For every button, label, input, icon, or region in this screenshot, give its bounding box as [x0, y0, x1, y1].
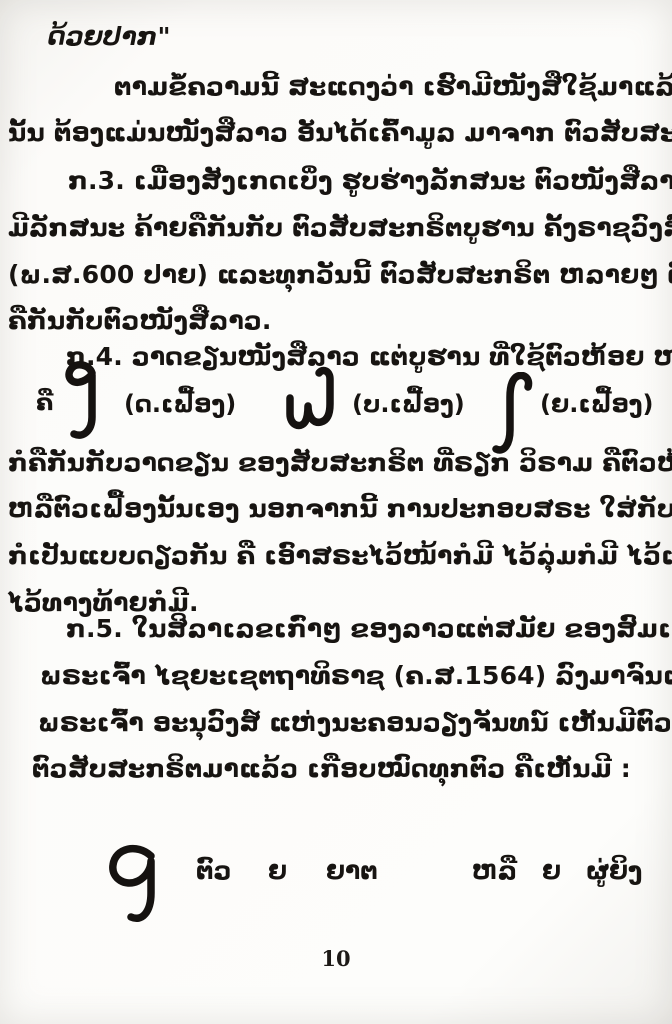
nyo-fueang-glyph	[492, 372, 536, 460]
sample-word: ຍ	[542, 856, 561, 885]
text-line: ຕົວສັບສະກຣິຕມາແລ້ວ ເກືອບໝົດທຸກຕົວ ຄືເຫັນ…	[32, 754, 631, 783]
sample-word: ຕົວ	[196, 856, 231, 885]
text-line: ກໍເປັນແບບດຽວກັນ ຄື ເອົາສຣະໄວ້ໜ້າກໍມີ ໄວ້…	[8, 541, 672, 570]
sample-word: ຜູ່ຍິງ	[586, 856, 642, 885]
text-line: ກ.4. ວາດຂຽນໜັງສືລາວ ແຕ່ບູຮານ ທີ່ໃຊ້ຕົວຫ້…	[66, 342, 672, 371]
sample-word: ຍາຕ	[326, 856, 378, 885]
running-header: ດ້ວຍປາກ"	[48, 22, 171, 51]
sample-word: ຫລື	[472, 856, 517, 885]
text-line: ນັ້ນ ຕ້ອງແມ່ນໜັງສືລາວ ອັນໄດ້ເຄົ້າມູລ ມາຈ…	[8, 118, 672, 147]
text-line: ກ.3. ເມື່ອງສັງເກດເບິ່ງ ຮູບຮ່າງລັກສນະ ຕົວ…	[68, 166, 672, 195]
text-line: ພຣະເຈົ້າ ໄຊຍະເຊຕຖາທິຣາຊ (ຄ.ສ.1564) ລົງມາ…	[40, 661, 672, 690]
old-nya-letter-glyph	[105, 838, 183, 930]
fueang-label: (ດ.ເຟື້ອງ)	[124, 390, 236, 418]
text-line: ມີລັກສນະ ຄ້າຍຄືກັນກັບ ຕົວສັບສະກຣິຕບູຮານ …	[8, 213, 672, 242]
fueang-label: (ຍ.ເຟື້ອງ)	[540, 390, 654, 418]
text-line: ຄືກັນກັບຕົວໜັງສືລາວ.	[8, 306, 272, 335]
text-line: ກ.5. ໃນສິລາເລຂເກົ່າໆ ຂອງລາວແຕ່ສມັຍ ຂອງສົ…	[66, 614, 672, 643]
do-fueang-glyph	[62, 360, 118, 446]
text-line: ຄື	[36, 390, 53, 416]
text-line: ໄວ້ທາງທ້າຍກໍມີ.	[8, 588, 199, 617]
bo-fueang-glyph	[282, 366, 340, 442]
text-line: ຕາມຂໍ້ຄວາມນີ້ ສະແດງວ່າ ເຮົາມີໜັງສືໃຊ້ມາແ…	[114, 72, 672, 101]
text-line: ກໍຄືກັນກັບວາດຂຽນ ຂອງສັບສະກຣິຕ ທີ່ຣຽກ ວິຣ…	[8, 448, 672, 477]
sample-word: ຍ	[268, 856, 287, 885]
fueang-label: (ບ.ເຟື້ອງ)	[352, 390, 465, 418]
text-line: ພຣະເຈົ້າ ອະນຸວົງສ໌ ແຫ່ງນະຄອນວຽງຈັນທນ໌ ເຫ…	[38, 708, 672, 737]
text-line: (ພ.ສ.600 ປາຍ) ແລະທຸກວັນນີ້ ຕົວສັບສະກຣິຕ …	[8, 260, 672, 289]
scanned-book-page: ດ້ວຍປາກ" ຕາມຂໍ້ຄວາມນີ້ ສະແດງວ່າ ເຮົາມີໜັ…	[0, 0, 672, 1024]
page-number: 10	[0, 946, 672, 971]
text-line: ຫລືຕົວເຟື້ອງນັ້ນເອງ ນອກຈາກນີ້ ການປະກອບສຣ…	[8, 494, 672, 523]
